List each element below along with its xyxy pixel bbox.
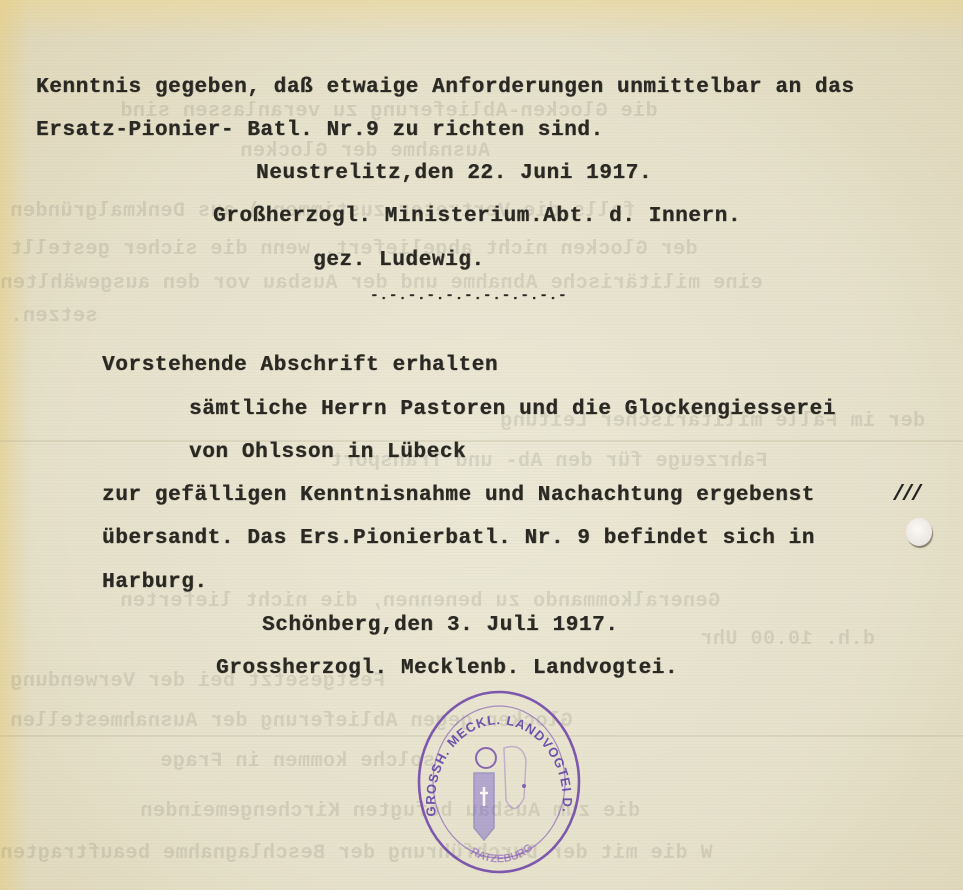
text-line: Ersatz-Pionier- Batl. Nr.9 zu richten si… bbox=[36, 119, 604, 142]
svg-text:RATZEBURG: RATZEBURG bbox=[468, 842, 535, 866]
recipient-line: sämtliche Herrn Pastoren und die Glocken… bbox=[189, 398, 836, 421]
bleed-through-text: Generalkommando zu benennen, die nicht l… bbox=[120, 590, 720, 613]
text-line: Harburg. bbox=[102, 571, 208, 594]
issuer-line: Großherzogl. Ministerium.Abt. d. Innern. bbox=[213, 205, 741, 228]
bleed-through-text: W die mit der Durchführung der Beschlagn… bbox=[0, 842, 713, 865]
paper-fold bbox=[0, 440, 963, 442]
punch-hole bbox=[906, 518, 932, 546]
bleed-through-text: setzen. bbox=[10, 305, 98, 328]
struck-out-text: /// bbox=[892, 482, 920, 507]
bleed-through-text: d.h. 10.00 Uhr bbox=[700, 628, 875, 651]
date-line: Neustrelitz,den 22. Juni 1917. bbox=[256, 162, 652, 185]
text-line: übersandt. Das Ers.Pionierbatl. Nr. 9 be… bbox=[102, 527, 815, 550]
bleed-through-text: Ausnahme der Glocken bbox=[240, 140, 490, 163]
stamp-bottom-text: RATZEBURG bbox=[468, 842, 535, 866]
issuer-line: Grossherzogl. Mecklenb. Landvogtei. bbox=[216, 657, 678, 680]
recipient-line: von Ohlsson in Lübeck bbox=[189, 441, 466, 464]
signature-line: gez. Ludewig. bbox=[313, 249, 485, 272]
date-line: Schönberg,den 3. Juli 1917. bbox=[262, 614, 618, 637]
text-line: Kenntnis gegeben, daß etwaige Anforderun… bbox=[36, 76, 855, 99]
text-line: zur gefälligen Kenntnisnahme und Nachach… bbox=[102, 484, 815, 507]
coat-of-arms-icon bbox=[474, 747, 526, 841]
bleed-through-text: solche kommen in Frage bbox=[160, 750, 435, 773]
separator-line: -.-.-.-.-.-.-.-.-.-.- bbox=[370, 288, 567, 304]
official-seal-stamp: GROSSH. MECKL. LANDVOGTEI D. FÜRSTENTUMS… bbox=[414, 688, 584, 876]
text-line: Vorstehende Abschrift erhalten bbox=[102, 354, 498, 377]
